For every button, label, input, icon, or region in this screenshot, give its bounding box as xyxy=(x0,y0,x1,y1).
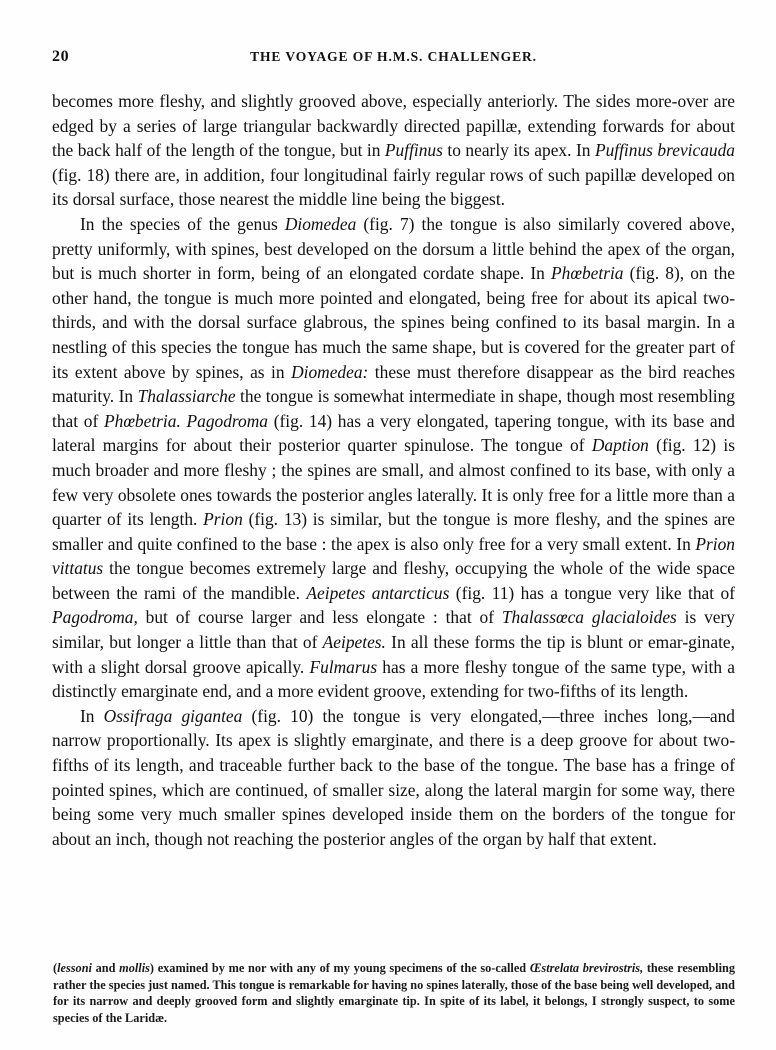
text-run: (fig. 18) there are, in addition, four l… xyxy=(52,165,735,210)
paragraph: becomes more fleshy, and slightly groove… xyxy=(52,89,735,212)
footnote: (lessoni and mollis) examined by me nor … xyxy=(53,960,735,1026)
footnote-text: (lessoni and mollis) examined by me nor … xyxy=(53,960,735,1026)
text-run: ) examined by me nor with any of my youn… xyxy=(150,961,530,975)
text-run: (fig. 10) the tongue is very elongated,—… xyxy=(52,706,735,849)
italic-taxon: mollis xyxy=(119,961,150,975)
paragraph: In the species of the genus Diomedea (fi… xyxy=(52,212,735,704)
italic-taxon: Diomedea xyxy=(285,214,356,234)
italic-taxon: Ossifraga gigantea xyxy=(104,706,243,726)
italic-taxon: Aeipetes. xyxy=(323,632,386,652)
book-page: 20 THE VOYAGE OF H.M.S. CHALLENGER. beco… xyxy=(0,0,776,1050)
body-text: becomes more fleshy, and slightly groove… xyxy=(52,89,735,851)
italic-taxon: Puffinus brevicauda xyxy=(595,140,735,160)
text-run: In the species of the genus xyxy=(80,214,285,234)
paragraph: In Ossifraga gigantea (fig. 10) the tong… xyxy=(52,704,735,852)
text-run: and xyxy=(92,961,119,975)
running-head: 20 THE VOYAGE OF H.M.S. CHALLENGER. xyxy=(52,48,735,68)
italic-taxon: Fulmarus xyxy=(309,657,377,677)
italic-taxon: Phœbetria xyxy=(551,263,623,283)
running-head-title: THE VOYAGE OF H.M.S. CHALLENGER. xyxy=(52,49,735,65)
italic-taxon: lessoni xyxy=(57,961,92,975)
italic-taxon: Puffinus xyxy=(385,140,443,160)
italic-taxon: Phœbetria. xyxy=(104,411,181,431)
italic-taxon: Diomedea: xyxy=(291,362,368,382)
italic-taxon: Aeipetes antarcticus xyxy=(306,583,449,603)
text-run: (fig. 11) has a tongue very like that of xyxy=(449,583,735,603)
italic-taxon: Thalassœca glacialoides xyxy=(502,607,677,627)
text-run: but of course larger and less elongate :… xyxy=(138,607,502,627)
italic-taxon: Thalassiarche xyxy=(138,386,236,406)
text-run: In xyxy=(80,706,104,726)
italic-taxon: Œstrelata brevirostris, xyxy=(530,961,643,975)
text-run: to nearly its apex. In xyxy=(443,140,595,160)
italic-taxon: Pagodroma, xyxy=(52,607,138,627)
italic-taxon: Pagodroma xyxy=(187,411,268,431)
italic-taxon: Prion xyxy=(203,509,243,529)
italic-taxon: Daption xyxy=(592,435,649,455)
